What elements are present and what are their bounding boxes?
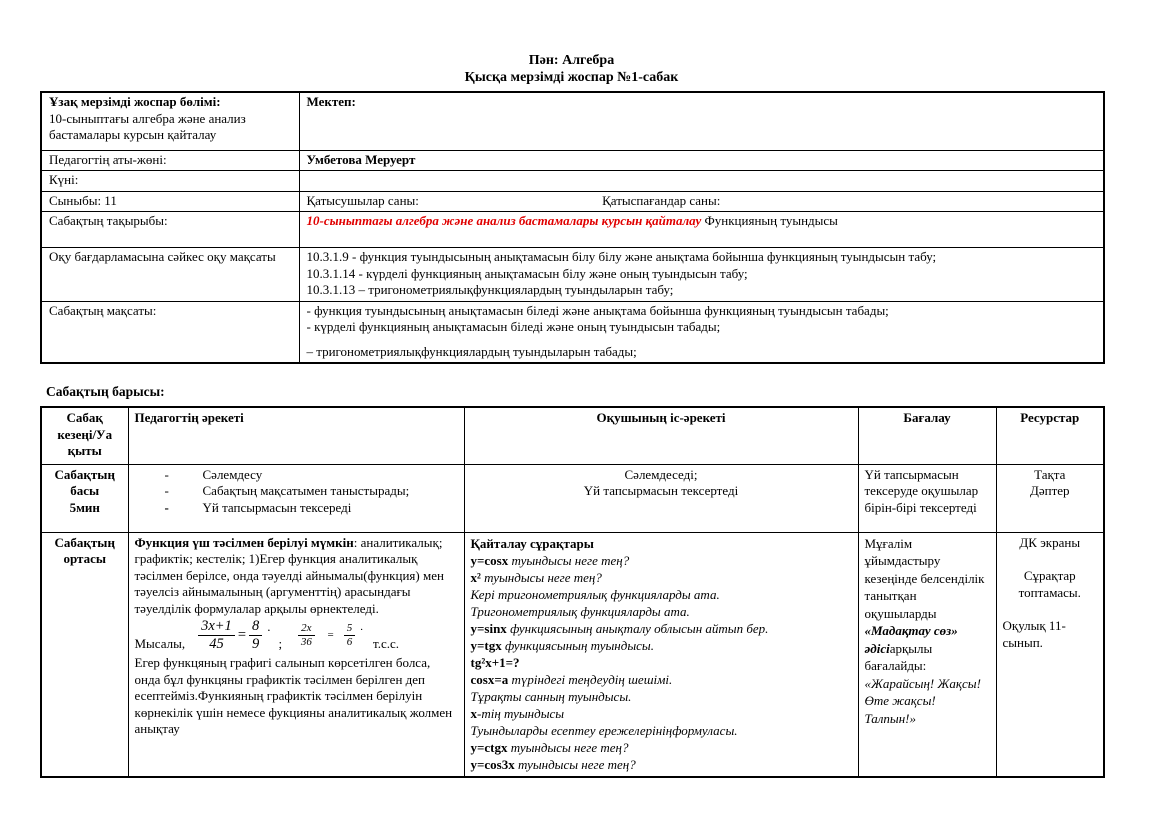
- topic-rest: Функцияның туындысы: [705, 213, 838, 228]
- dot: .: [360, 619, 363, 636]
- info-cell-school: Мектеп:: [299, 92, 1104, 150]
- review-question: y=sinx функциясының анықталу облысын айт…: [471, 620, 852, 637]
- lesson-aim-line: - функция туындысының анықтамасын біледі…: [307, 303, 1097, 320]
- question-text: туындысы неге тең?: [481, 570, 602, 585]
- title-plan: Қысқа мерзімді жоспар №1-сабак: [40, 69, 1103, 86]
- teacher-action-item: - Сәлемдесу: [165, 467, 458, 484]
- separator: ;: [279, 636, 283, 653]
- fraction-denominator: 36: [298, 636, 314, 649]
- topic-cell: 10-сыныптағы алгебра және анализ бастама…: [299, 212, 1104, 248]
- teacher-action-text: Үй тапсырмасын тексереді: [203, 500, 352, 517]
- row-lesson-middle: Сабақтың ортасы Функция үш тәсілмен бері…: [41, 532, 1104, 777]
- date-label: Күні:: [41, 171, 299, 192]
- example-label: Мысалы,: [135, 636, 186, 653]
- topic-label: Сабақтың тақырыбы:: [41, 212, 299, 248]
- student-action-line: Үй тапсырмасын тексертеді: [471, 483, 852, 500]
- info-row-date: Күні:: [41, 171, 1104, 192]
- lesson-flow-heading: Сабақтың барысы:: [46, 384, 1130, 400]
- teacher-name-label: Педагогтің аты-жөні:: [41, 150, 299, 171]
- unit-value: 10-сыныптағы алгебра және анализ бастама…: [49, 111, 246, 143]
- info-row-curriculum-goals: Оқу бағдарламасына сәйкес оқу мақсаты 10…: [41, 248, 1104, 302]
- fraction: 8 9: [249, 619, 262, 652]
- question-text: туындысы неге тең?: [508, 740, 629, 755]
- stage-middle-cell: Сабақтың ортасы: [41, 532, 128, 777]
- student-actions-start-cell: Сәлемдеседі; Үй тапсырмасын тексертеді: [464, 464, 858, 532]
- date-value: [299, 171, 1104, 192]
- assessment-text: Мұғалім ұйымдастыру кезеңінде белсенділі…: [865, 536, 985, 621]
- dash-bullet: -: [165, 467, 203, 484]
- absent-count-label: Қатыспағандар саны:: [602, 193, 720, 208]
- fraction-numerator: 8: [249, 619, 262, 636]
- review-question: cosx=a түріндегі теңдеудің шешімі.: [471, 671, 852, 688]
- teacher-actions-list: - Сәлемдесу - Сабақтың мақсатымен таныст…: [135, 467, 458, 517]
- fraction-numerator: 3x+1: [198, 619, 235, 636]
- header-assessment: Бағалау: [858, 407, 996, 464]
- resource-item: ДК экраны: [1003, 535, 1098, 552]
- question-text: туындысы неге тең?: [508, 553, 629, 568]
- teacher-action-item: - Сабақтың мақсатымен таныстырады;: [165, 483, 458, 500]
- fraction: 3x+1 45: [198, 619, 235, 652]
- question-term: y=tgx: [471, 638, 502, 653]
- info-row-teacher: Педагогтің аты-жөні: Умбетова Меруерт: [41, 150, 1104, 171]
- student-actions-middle-cell: Қайталау сұрақтары y=cosx туындысы неге …: [464, 532, 858, 777]
- dash-bullet: -: [165, 483, 203, 500]
- info-row-lesson-aims: Сабақтың мақсаты: - функция туындысының …: [41, 301, 1104, 363]
- resource-item: Оқулық 11-сынып.: [1003, 618, 1098, 651]
- review-question: Туындыларды есептеу ережелерініңформулас…: [471, 722, 852, 739]
- question-term: cosx=a: [471, 672, 509, 687]
- question-text: Тұрақты санның туындысы.: [471, 689, 632, 704]
- teacher-action-item: - Үй тапсырмасын тексереді: [165, 500, 458, 517]
- stage-start-time: 5мин: [48, 500, 122, 517]
- etc-abbrev: т.с.с.: [373, 636, 399, 653]
- review-question: y=cos3x туындысы неге тең?: [471, 756, 852, 773]
- fraction: 2x 36: [298, 623, 314, 649]
- question-text: Кері тригонометриялық функцияларды ата.: [471, 587, 720, 602]
- topic-highlight: 10-сыныптағы алгебра және анализ бастама…: [307, 213, 702, 228]
- question-term: x²: [471, 570, 481, 585]
- fraction-denominator: 6: [344, 636, 356, 649]
- info-row-unit: Ұзақ мерзімді жоспар бөлімі: 10-сыныптағ…: [41, 92, 1104, 150]
- stage-start-name: Сабақтың басы: [48, 467, 122, 500]
- resource-item: Тақта: [1003, 467, 1098, 484]
- header-stage: Сабақ кезеңі/Уа қыты: [41, 407, 128, 464]
- lesson-aim-line: – тригонометриялықфункциялардың туындыла…: [307, 344, 1097, 361]
- lesson-flow-table: Сабақ кезеңі/Уа қыты Педагогтің әрекеті …: [40, 406, 1105, 778]
- question-text: -тің туындысы: [477, 706, 564, 721]
- info-cell-unit: Ұзақ мерзімді жоспар бөлімі: 10-сыныптағ…: [41, 92, 299, 150]
- row-lesson-start: Сабақтың басы 5мин - Сәлемдесу - Сабақты…: [41, 464, 1104, 532]
- assessment-middle-cell: Мұғалім ұйымдастыру кезеңінде белсенділі…: [858, 532, 996, 777]
- equals-sign: =: [238, 627, 246, 644]
- curriculum-goal-line: 10.3.1.13 – тригонометриялықфункцияларды…: [307, 282, 1097, 299]
- review-question: x² туындысы неге тең?: [471, 569, 852, 586]
- review-questions-heading: Қайталау сұрақтары: [471, 535, 852, 552]
- school-label: Мектеп:: [307, 94, 356, 109]
- header-teacher-action: Педагогтің әрекеті: [128, 407, 464, 464]
- question-text: туындысы неге тең?: [515, 757, 636, 772]
- teacher-action-text: Сабақтың мақсатымен таныстырады;: [203, 483, 410, 500]
- unit-label: Ұзақ мерзімді жоспар бөлімі:: [49, 94, 221, 109]
- info-row-topic: Сабақтың тақырыбы: 10-сыныптағы алгебра …: [41, 212, 1104, 248]
- teacher-action-text: Сәлемдесу: [203, 467, 263, 484]
- equals-sign: =: [328, 627, 334, 644]
- question-text: функциясының туындысы.: [502, 638, 654, 653]
- review-question: y=ctgx туындысы неге тең?: [471, 739, 852, 756]
- resource-item: Сұрақтар топтамасы.: [1003, 568, 1098, 601]
- header-resources: Ресурстар: [996, 407, 1104, 464]
- question-text: Тригонометриялық функцияларды ата.: [471, 604, 690, 619]
- assessment-praise: «Жарайсың! Жақсы! Өте жақсы! Талпын!»: [865, 676, 981, 726]
- stage-middle-name: Сабақтың ортасы: [48, 535, 122, 568]
- resource-item: Дәптер: [1003, 483, 1098, 500]
- question-text: түріндегі теңдеудің шешімі.: [508, 672, 672, 687]
- dash-bullet: -: [165, 500, 203, 517]
- dot: .: [267, 619, 270, 636]
- lesson-flow-header-row: Сабақ кезеңі/Уа қыты Педагогтің әрекеті …: [41, 407, 1104, 464]
- document-page: Пән: Алгебра Қысқа мерзімді жоспар №1-са…: [0, 0, 1170, 827]
- resource-spacer: [1003, 551, 1098, 568]
- resources-start-cell: Тақта Дәптер: [996, 464, 1104, 532]
- question-term: y=cos3x: [471, 757, 515, 772]
- review-question: Тұрақты санның туындысы.: [471, 688, 852, 705]
- resource-spacer: [1003, 601, 1098, 618]
- resources-middle-cell: ДК экраны Сұрақтар топтамасы. Оқулық 11-…: [996, 532, 1104, 777]
- curriculum-goals-label: Оқу бағдарламасына сәйкес оқу мақсаты: [41, 248, 299, 302]
- review-question: Кері тригонометриялық функцияларды ата.: [471, 586, 852, 603]
- review-question: Тригонометриялық функцияларды ата.: [471, 603, 852, 620]
- attendance-cell: Қатысушылар саны: Қатыспағандар саны:: [299, 191, 1104, 212]
- review-question: x-тің туындысы: [471, 705, 852, 722]
- present-count-label: Қатысушылар саны:: [307, 193, 419, 208]
- fraction-denominator: 9: [249, 636, 262, 652]
- fraction: 5 6: [344, 623, 356, 649]
- question-text: Туындыларды есептеу ережелерініңформулас…: [471, 723, 738, 738]
- lesson-aim-line: - күрделі функцияның анықтамасын біледі …: [307, 319, 1097, 336]
- class-label: Сыныбы: 11: [41, 191, 299, 212]
- fraction-denominator: 45: [198, 636, 235, 652]
- fraction-numerator: 2x: [298, 623, 314, 637]
- question-term: y=ctgx: [471, 740, 508, 755]
- lesson-aims-cell: - функция туындысының анықтамасын біледі…: [299, 301, 1104, 363]
- title-subject: Пән: Алгебра: [40, 52, 1103, 69]
- review-question: y=cosx туындысы неге тең?: [471, 552, 852, 569]
- lesson-info-table: Ұзақ мерзімді жоспар бөлімі: 10-сыныптағ…: [40, 91, 1105, 364]
- stage-start-cell: Сабақтың басы 5мин: [41, 464, 128, 532]
- teacher-explanation: Функция үш тәсілмен берілуі мүмкін: анал…: [135, 535, 458, 618]
- question-term: y=sinx: [471, 621, 507, 636]
- explanation-lead: Функция үш тәсілмен берілуі мүмкін: [135, 535, 354, 550]
- curriculum-goal-line: 10.3.1.9 - функция туындысының анықтамас…: [307, 249, 1097, 266]
- example-formula: Мысалы, 3x+1 45 = 8 9 . ; 2x 36: [135, 619, 458, 652]
- review-question: y=tgx функциясының туындысы.: [471, 637, 852, 654]
- student-action-line: Сәлемдеседі;: [471, 467, 852, 484]
- teacher-actions-start-cell: - Сәлемдесу - Сабақтың мақсатымен таныст…: [128, 464, 464, 532]
- teacher-name-value: Умбетова Меруерт: [299, 150, 1104, 171]
- teacher-actions-middle-cell: Функция үш тәсілмен берілуі мүмкін: анал…: [128, 532, 464, 777]
- curriculum-goals-cell: 10.3.1.9 - функция туындысының анықтамас…: [299, 248, 1104, 302]
- review-question: tg²x+1=?: [471, 654, 852, 671]
- question-term: tg²x+1=?: [471, 655, 520, 670]
- lesson-aims-label: Сабақтың мақсаты:: [41, 301, 299, 363]
- question-term: y=cosx: [471, 553, 509, 568]
- assessment-start-cell: Үй тапсырмасын тексеруде оқушылар бірін-…: [858, 464, 996, 532]
- document-title: Пән: Алгебра Қысқа мерзімді жоспар №1-са…: [40, 52, 1103, 86]
- header-student-action: Оқушының іс-әрекеті: [464, 407, 858, 464]
- curriculum-goal-line: 10.3.1.14 - күрделі функцияның анықтамас…: [307, 266, 1097, 283]
- question-text: функциясының анықталу облысын айтып бер.: [507, 621, 769, 636]
- teacher-explanation-continued: Егер функцяның графигі салынып көрсетілг…: [135, 655, 458, 738]
- info-row-class: Сыныбы: 11 Қатысушылар саны: Қатыспағанд…: [41, 191, 1104, 212]
- fraction-numerator: 5: [344, 623, 356, 637]
